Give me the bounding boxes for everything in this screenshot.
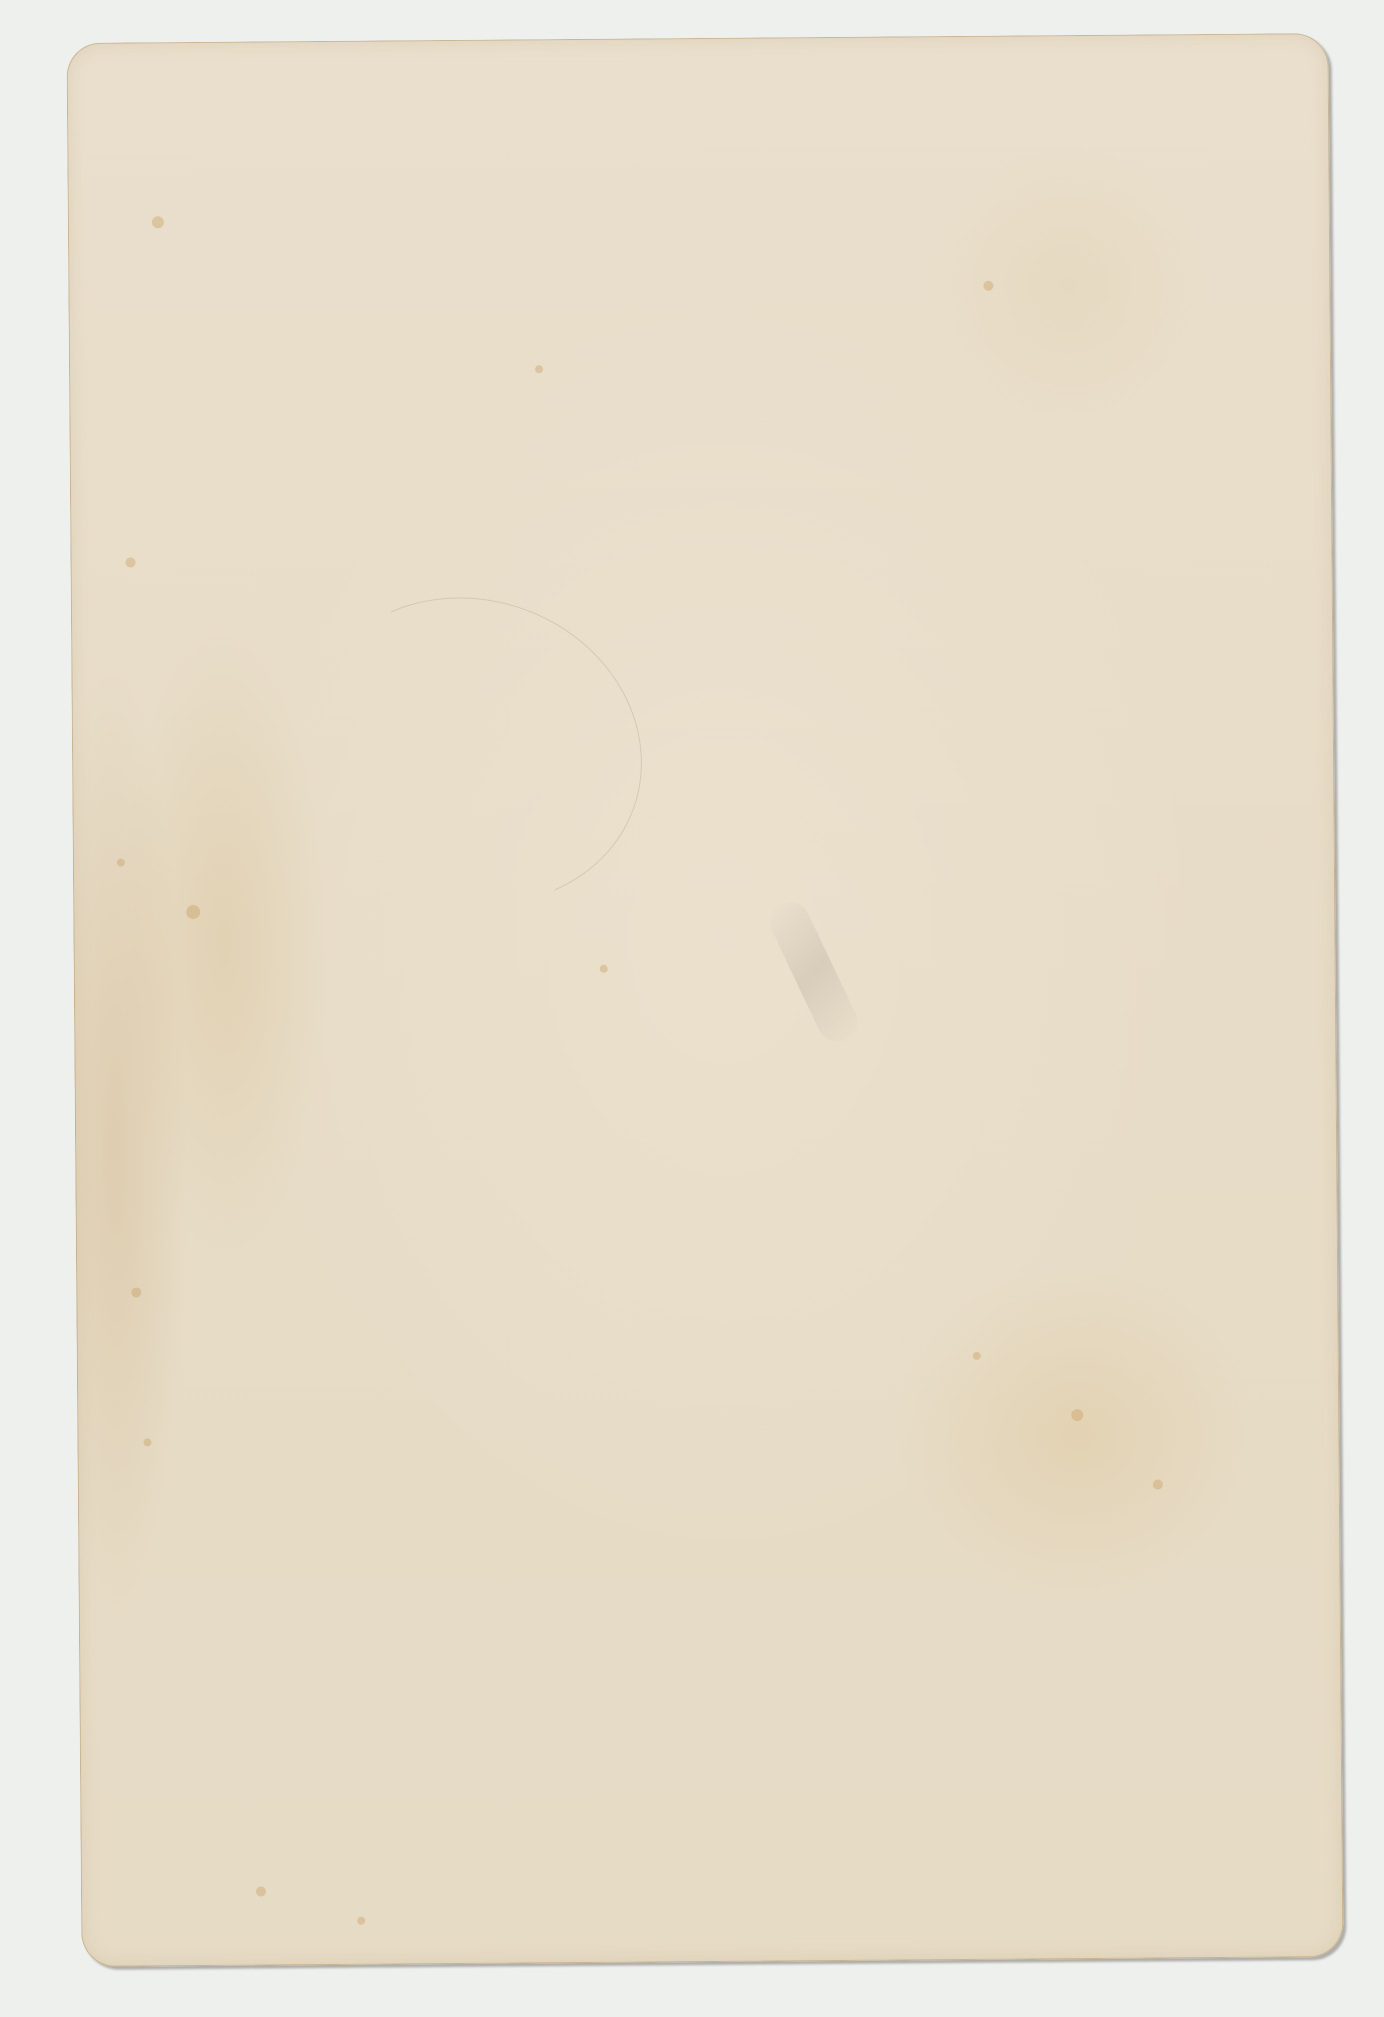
foxing-spot: [357, 1917, 365, 1925]
foxing-spot: [117, 859, 125, 867]
foxing-spot: [973, 1352, 981, 1360]
foxing-spot: [143, 1438, 151, 1446]
foxing-spot: [600, 965, 608, 973]
surface-smudge: [763, 896, 864, 1049]
foxing-spot: [535, 365, 543, 373]
surface-scratch-arc: [261, 551, 684, 950]
foxing-spot: [126, 557, 136, 567]
foxing-spot: [1153, 1479, 1163, 1489]
foxing-spot: [152, 216, 164, 228]
foxing-spot: [983, 281, 993, 291]
foxing-spot: [256, 1886, 266, 1896]
foxing-spot: [131, 1287, 141, 1297]
foxing-spot: [1071, 1409, 1083, 1421]
cabinet-card-back: [66, 33, 1343, 1967]
foxing-spot: [186, 905, 200, 919]
